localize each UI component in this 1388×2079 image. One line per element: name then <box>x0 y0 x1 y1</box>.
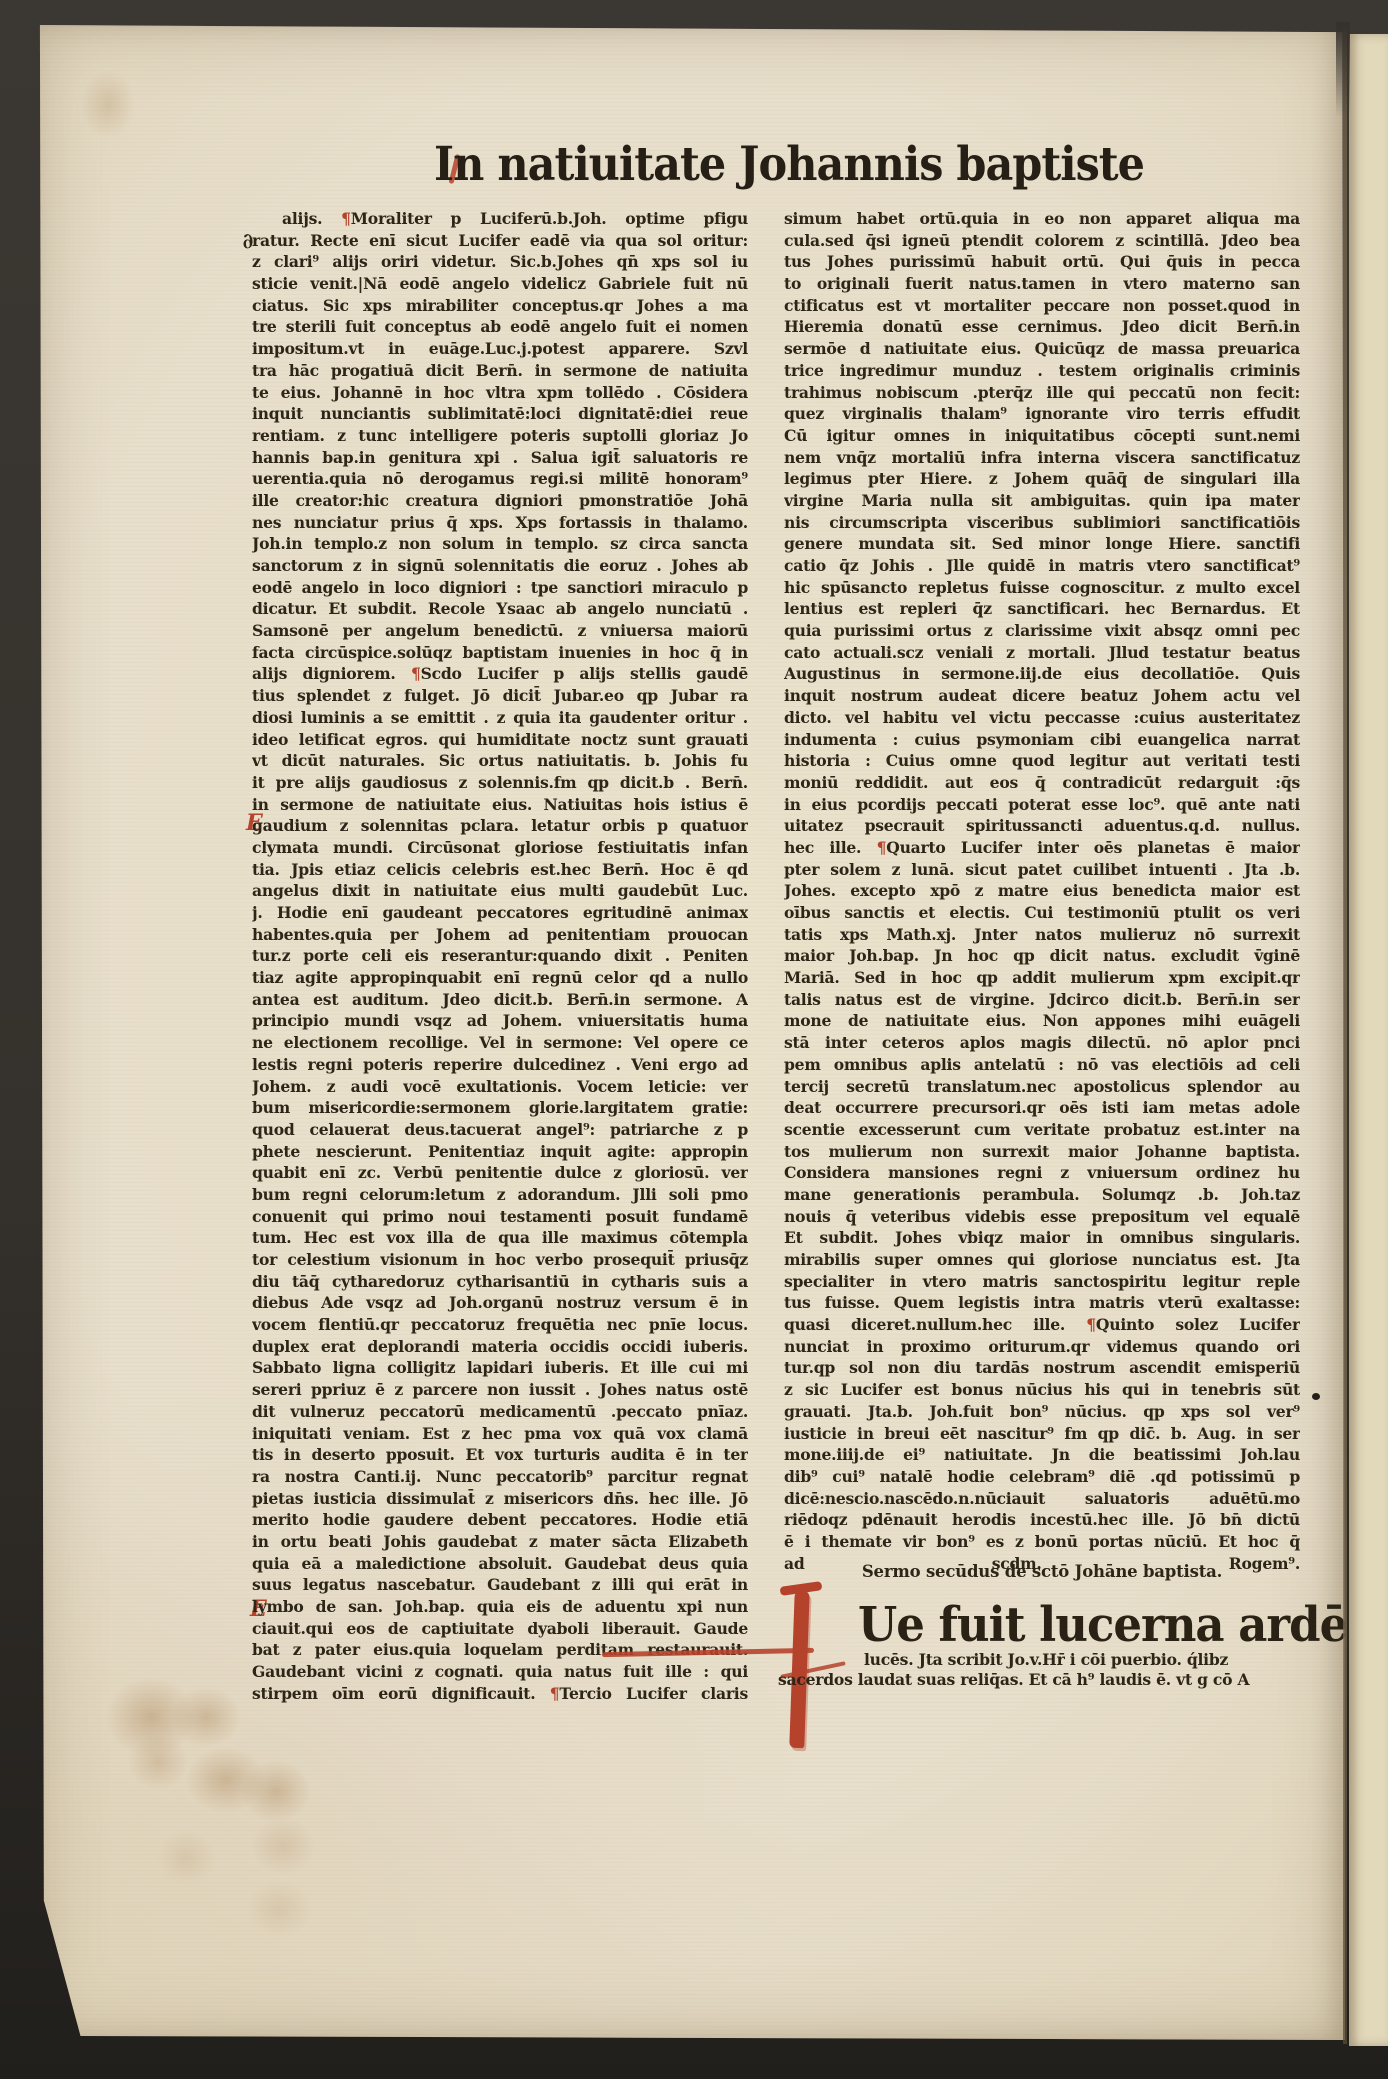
text-line: Gaudebant vicini z cognati. quia natus f… <box>252 1661 748 1683</box>
incipit-large-line: Ue fuit lucerna ardēs z <box>858 1597 1310 1653</box>
book-photo: { "document": { "running_title": "In nat… <box>0 0 1388 2079</box>
text-line: uitatez psecrauit spiritussancti aduentu… <box>784 815 1300 837</box>
text-line: moniū reddidit. aut eos q̄ contradicūt r… <box>784 772 1300 794</box>
text-line: lentius est repleri q̄z sanctificari. he… <box>784 598 1300 620</box>
stain <box>156 1830 216 1886</box>
text-line: deat occurrere precursori.qr oēs isti ia… <box>784 1097 1300 1119</box>
text-line: vocem flentiū.qr peccatoruz frequētia ne… <box>252 1314 748 1336</box>
text-line: ratur. Recte enī sicut Lucifer eadē via … <box>252 230 748 252</box>
text-line: Et subdit. Johes vbiqz maior in omnibus … <box>784 1227 1300 1249</box>
text-line: Cū igitur omnes in iniquitatibus cōcepti… <box>784 425 1300 447</box>
text-line: ciauit.qui eos de captiuitate dyaboli li… <box>252 1618 748 1640</box>
text-line: impositum.vt in euāge.Luc.j.potest appar… <box>252 338 748 360</box>
text-line: stirpem oīm eorū dignificauit. ¶Tercio L… <box>252 1683 748 1705</box>
incipit-line: lucēs. Jta scribit Jo.v.Hr̄ i cōi puerbi… <box>864 1650 1228 1669</box>
text-line: ē i themate vir bon⁹ es z bonū portas nū… <box>784 1531 1300 1553</box>
stain <box>106 1677 196 1757</box>
stain <box>246 1880 312 1938</box>
text-line: hic spūsancto repletus fuisse cognoscitu… <box>784 577 1300 599</box>
text-line: iniquitati veniam. Est z hec pma vox quā… <box>252 1423 748 1445</box>
text-line: diu tāq̄ cytharedoruz cytharisantiū in c… <box>252 1271 748 1293</box>
text-line: riēdoqz pdēnauit herodis incestū.hec ill… <box>784 1509 1300 1531</box>
text-line: vt dicūt naturales. Sic ortus natiuitati… <box>252 750 748 772</box>
incipit-line: sacerdos laudat suas reliq̄as. Et cā h⁹ … <box>778 1670 1249 1689</box>
text-line: eodē angelo in loco digniori : tpe sanct… <box>252 577 748 599</box>
stain <box>186 1747 266 1813</box>
text-line: alijs. ¶Moraliter p Luciferū.b.Joh. opti… <box>252 208 748 230</box>
text-line: z sic Lucifer est bonus nūcius his qui i… <box>784 1379 1300 1401</box>
text-line: lymbo de san. Joh.bap. quia eis de aduen… <box>252 1596 748 1618</box>
text-line: mirabilis super omnes qui gloriose nunci… <box>784 1249 1300 1271</box>
text-line: tum. Hec est vox illa de qua ille maximu… <box>252 1227 748 1249</box>
text-line: tatis xps Math.xj. Jnter natos mulieruz … <box>784 924 1300 946</box>
text-line: bum misericordie:sermonem glorie.largita… <box>252 1097 748 1119</box>
text-line: tur.qp sol non diu tardās nostrum ascend… <box>784 1357 1300 1379</box>
pilcrow-rubric: ¶ <box>550 1684 560 1703</box>
page-edge-crease <box>1343 28 1347 2044</box>
text-line: sticie venit.|Nā eodē angelo videlicz Ga… <box>252 273 748 295</box>
text-line: historia : Cuius omne quod legitur aut v… <box>784 750 1300 772</box>
text-line: dicē:nescio.nascēdo.n.nūciauit saluatori… <box>784 1488 1300 1510</box>
text-line: hec ille. ¶Quarto Lucifer inter oēs plan… <box>784 837 1300 859</box>
text-line: mone.iiij.de ei⁹ natiuitate. Jn die beat… <box>784 1444 1300 1466</box>
text-line: tus Johes purissimū habuit ortū. Qui q̄u… <box>784 251 1300 273</box>
text-line: lestis regni poteris reperire dulcedinez… <box>252 1054 748 1076</box>
text-line: Considera mansiones regni z vniuersum or… <box>784 1162 1300 1184</box>
text-column-right: simum habet ortū.quia in eo non apparet … <box>784 208 1300 1574</box>
text-line: talis natus est de virgine. Jdcirco dici… <box>784 989 1300 1011</box>
text-line: quabit enī zc. Verbū penitentie dulce z … <box>252 1162 748 1184</box>
text-line: Hieremia donatū esse cernimus. Jdeo dici… <box>784 316 1300 338</box>
text-line: facta circūspice.solūqz baptistam inueni… <box>252 642 748 664</box>
text-line: ideo letificat egros. qui humiditate noc… <box>252 729 748 751</box>
text-line: Johes. excepto xpō z matre eius benedict… <box>784 880 1300 902</box>
text-line: indumenta : cuius psymoniam cibi euangel… <box>784 729 1300 751</box>
pilcrow-rubric: ¶ <box>411 664 421 683</box>
text-line: Mariā. Sed in hoc qp addit mulierum xpm … <box>784 967 1300 989</box>
text-line: nouis q̄ veteribus videbis esse preposit… <box>784 1206 1300 1228</box>
text-line: inquit nostrum audeat dicere beatuz Johe… <box>784 685 1300 707</box>
text-line: pem omnibus aplis antelatū : nō vas elec… <box>784 1054 1300 1076</box>
text-line: in sermone de natiuitate eius. Natiuitas… <box>252 794 748 816</box>
text-line: tus fuisse. Quem legistis intra matris v… <box>784 1292 1300 1314</box>
text-line: maior Joh.bap. Jn hoc qp dicit natus. ex… <box>784 945 1300 967</box>
text-line: merito hodie gaudere debent peccatores. … <box>252 1509 748 1531</box>
text-line: tur.z porte celi eis reserantur:quando d… <box>252 945 748 967</box>
text-line: phete nescierunt. Penitentiaz inquit agi… <box>252 1141 748 1163</box>
text-line: nunciat in proximo oriturum.qr videmus q… <box>784 1336 1300 1358</box>
text-line: pietas iusticia dissimulat̄ z misericors… <box>252 1488 748 1510</box>
text-line: angelus dixit in natiuitate eius multi g… <box>252 880 748 902</box>
text-line: quod celauerat deus.tacuerat angel⁹: pat… <box>252 1119 748 1141</box>
text-line: uerentia.quia nō derogamus regi.si milit… <box>252 468 748 490</box>
text-line: antea est auditum. Jdeo dicit.b. Bern̄.i… <box>252 989 748 1011</box>
stain <box>128 1734 188 1790</box>
text-line: to originali fuerit natus.tamen in vtero… <box>784 273 1300 295</box>
text-line: diosi luminis a se emittit . z quia ita … <box>252 707 748 729</box>
text-line: ra nostra Canti.ij. Nunc peccatorib⁹ par… <box>252 1466 748 1488</box>
text-line: duplex erat deplorandi materia occidis o… <box>252 1336 748 1358</box>
stain <box>251 1817 315 1875</box>
text-line: trice ingredimur munduz . testem origina… <box>784 360 1300 382</box>
text-line: ctificatus est vt mortaliter peccare non… <box>784 295 1300 317</box>
text-line: tia. Jpis etiaz celicis celebris est.hec… <box>252 859 748 881</box>
text-line: hannis bap.in genitura xpi . Salua igit̄… <box>252 447 748 469</box>
text-line: sanctorum z in signū solennitatis die eo… <box>252 555 748 577</box>
text-line: simum habet ortū.quia in eo non apparet … <box>784 208 1300 230</box>
text-line: nes nunciatur prius q̄ xps. Xps fortassi… <box>252 512 748 534</box>
text-line: Joh.in templo.z non solum in templo. sz … <box>252 533 748 555</box>
section-heading: Sermo secūdus de sctō Johāne baptista. <box>784 1562 1300 1581</box>
pilcrow-rubric: ¶ <box>1086 1315 1096 1334</box>
text-line: Samsonē per angelum benedictū. z vniuers… <box>252 620 748 642</box>
text-line: diebus Ade vsqz ad Joh.organū nostruz ve… <box>252 1292 748 1314</box>
fore-edge-pages <box>1349 34 1388 2046</box>
text-line: ciatus. Sic xps mirabiliter conceptus.qr… <box>252 295 748 317</box>
text-line: mone de natiuitate eius. Non appones mih… <box>784 1010 1300 1032</box>
text-line: Augustinus in sermone.iij.de eius decoll… <box>784 663 1300 685</box>
text-line: sereri ppriuz ē z parcere non iussit . J… <box>252 1379 748 1401</box>
pilcrow-rubric: ¶ <box>341 209 351 228</box>
text-line: pter solem z lunā. sicut patet cuilibet … <box>784 859 1300 881</box>
text-column-left: alijs. ¶Moraliter p Luciferū.b.Joh. opti… <box>252 208 748 1704</box>
text-line: it pre alijs gaudiosus z solennis.fm qp … <box>252 772 748 794</box>
text-line: dicatur. Et subdit. Recole Ysaac ab ange… <box>252 598 748 620</box>
text-line: tra hāc progatiuā dicit Bern̄. in sermon… <box>252 360 748 382</box>
text-line: j. Hodie enī gaudeant peccatores egritud… <box>252 902 748 924</box>
text-line: tius splendet z fulget. Jō dicit̄ Jubar.… <box>252 685 748 707</box>
text-line: cato actuali.scz veniali z mortali. Jllu… <box>784 642 1300 664</box>
text-line: dib⁹ cui⁹ natalē hodie celebram⁹ diē .qd… <box>784 1466 1300 1488</box>
text-line: nem vnq̄z mortaliū infra interna viscera… <box>784 447 1300 469</box>
text-line: dit vulneruz peccatorū medicamentū .pecc… <box>252 1401 748 1423</box>
text-line: rentiam. z tunc intelligere poteris supt… <box>252 425 748 447</box>
stain <box>171 1687 241 1747</box>
text-line: quia eā a maledictione absoluit. Gaudeba… <box>252 1553 748 1575</box>
text-line: nis circumscripta visceribus sublimiori … <box>784 512 1300 534</box>
text-line: ille creator:hic creatura digniori pmons… <box>252 490 748 512</box>
text-line: grauati. Jta.b. Joh.fuit bon⁹ nūcius. qp… <box>784 1401 1300 1423</box>
text-line: tiaz agite appropinquabit enī regnū celo… <box>252 967 748 989</box>
text-line: scentie excesserunt cum veritate probatu… <box>784 1119 1300 1141</box>
text-line: bum regni celorum:letum z adorandum. Jll… <box>252 1184 748 1206</box>
rubricated-initial <box>789 1590 810 1748</box>
stain <box>241 1760 311 1822</box>
text-line: dicto. vel habitu vel victu peccasse :cu… <box>784 707 1300 729</box>
text-line: gaudium z solennitas pclara. letatur orb… <box>252 815 748 837</box>
text-line: inquit nunciantis sublimitatē:loci digni… <box>252 403 748 425</box>
text-line: Sabbato ligna colligitz lapidari iuberis… <box>252 1357 748 1379</box>
running-title: In natiuitate Johannis baptiste <box>434 138 1124 192</box>
text-line: iusticie in breui eēt nascitur⁹ fm qp di… <box>784 1423 1300 1445</box>
text-line: conuenit qui primo noui testamenti posui… <box>252 1206 748 1228</box>
text-line: mane generationis perambula. Solumqz .b.… <box>784 1184 1300 1206</box>
text-line: suus legatus nascebatur. Gaudebant z ill… <box>252 1574 748 1596</box>
text-line: oībus sanctis et electis. Cui testimoniū… <box>784 902 1300 924</box>
text-line: tre sterili fuit conceptus ab eodē angel… <box>252 316 748 338</box>
pilcrow-rubric: ¶ <box>877 838 887 857</box>
text-line: z clari⁹ alijs oriri videtur. Sic.b.Johe… <box>252 251 748 273</box>
text-line: principio mundi vsqz ad Johem. vniuersit… <box>252 1010 748 1032</box>
text-line: quasi diceret.nullum.hec ille. ¶Quinto s… <box>784 1314 1300 1336</box>
corner-stain <box>80 70 136 140</box>
text-line: tis in deserto pposuit. Et vox turturis … <box>252 1444 748 1466</box>
text-line: genere mundata sit. Sed minor longe Hier… <box>784 533 1300 555</box>
page-edge-notch <box>1336 22 1350 117</box>
text-line: cula.sed q̄si igneū ptendit colorem z sc… <box>784 230 1300 252</box>
text-line: clymata mundi. Circūsonat gloriose festi… <box>252 837 748 859</box>
text-line: te eius. Johannē in hoc vltra xpm tollēd… <box>252 382 748 404</box>
text-line: quez virginalis thalam⁹ ignorante viro t… <box>784 403 1300 425</box>
text-line: legimus pter Hiere. z Johem quāq̄ de sin… <box>784 468 1300 490</box>
manuscript-page: In natiuitate Johannis baptiste ∂ E E al… <box>36 22 1345 2042</box>
text-line: alijs digniorem. ¶Scdo Lucifer p alijs s… <box>252 663 748 685</box>
ink-dot <box>1312 1393 1320 1400</box>
text-line: ne electionem recollige. Vel in sermone:… <box>252 1032 748 1054</box>
text-line: virgine Maria nulla sit ambiguitas. quin… <box>784 490 1300 512</box>
text-line: stā inter ceteros aplos magis dilectū. n… <box>784 1032 1300 1054</box>
text-line: sermōe d natiuitate eius. Quicūqz de mas… <box>784 338 1300 360</box>
text-line: specialiter in vtero matris sanctospirit… <box>784 1271 1300 1293</box>
text-line: habentes.quia per Johem ad penitentiam p… <box>252 924 748 946</box>
text-line: quia purissimi ortus z clarissime vixit … <box>784 620 1300 642</box>
text-line: Johem. z audi vocē exultationis. Vocem l… <box>252 1076 748 1098</box>
text-line: in ortu beati Johis gaudebat z mater sāc… <box>252 1531 748 1553</box>
text-line: in eius pcordijs peccati poterat esse lo… <box>784 794 1300 816</box>
text-line: tercij secretū translatum.nec apostolicu… <box>784 1076 1300 1098</box>
text-line: tos mulierum non surrexit maior Johanne … <box>784 1141 1300 1163</box>
text-line: tor celestium visionum in hoc verbo pros… <box>252 1249 748 1271</box>
text-line: catio q̄z Johis . Jlle quidē in matris v… <box>784 555 1300 577</box>
text-line: trahimus nobiscum .pterq̄z ille qui pecc… <box>784 382 1300 404</box>
